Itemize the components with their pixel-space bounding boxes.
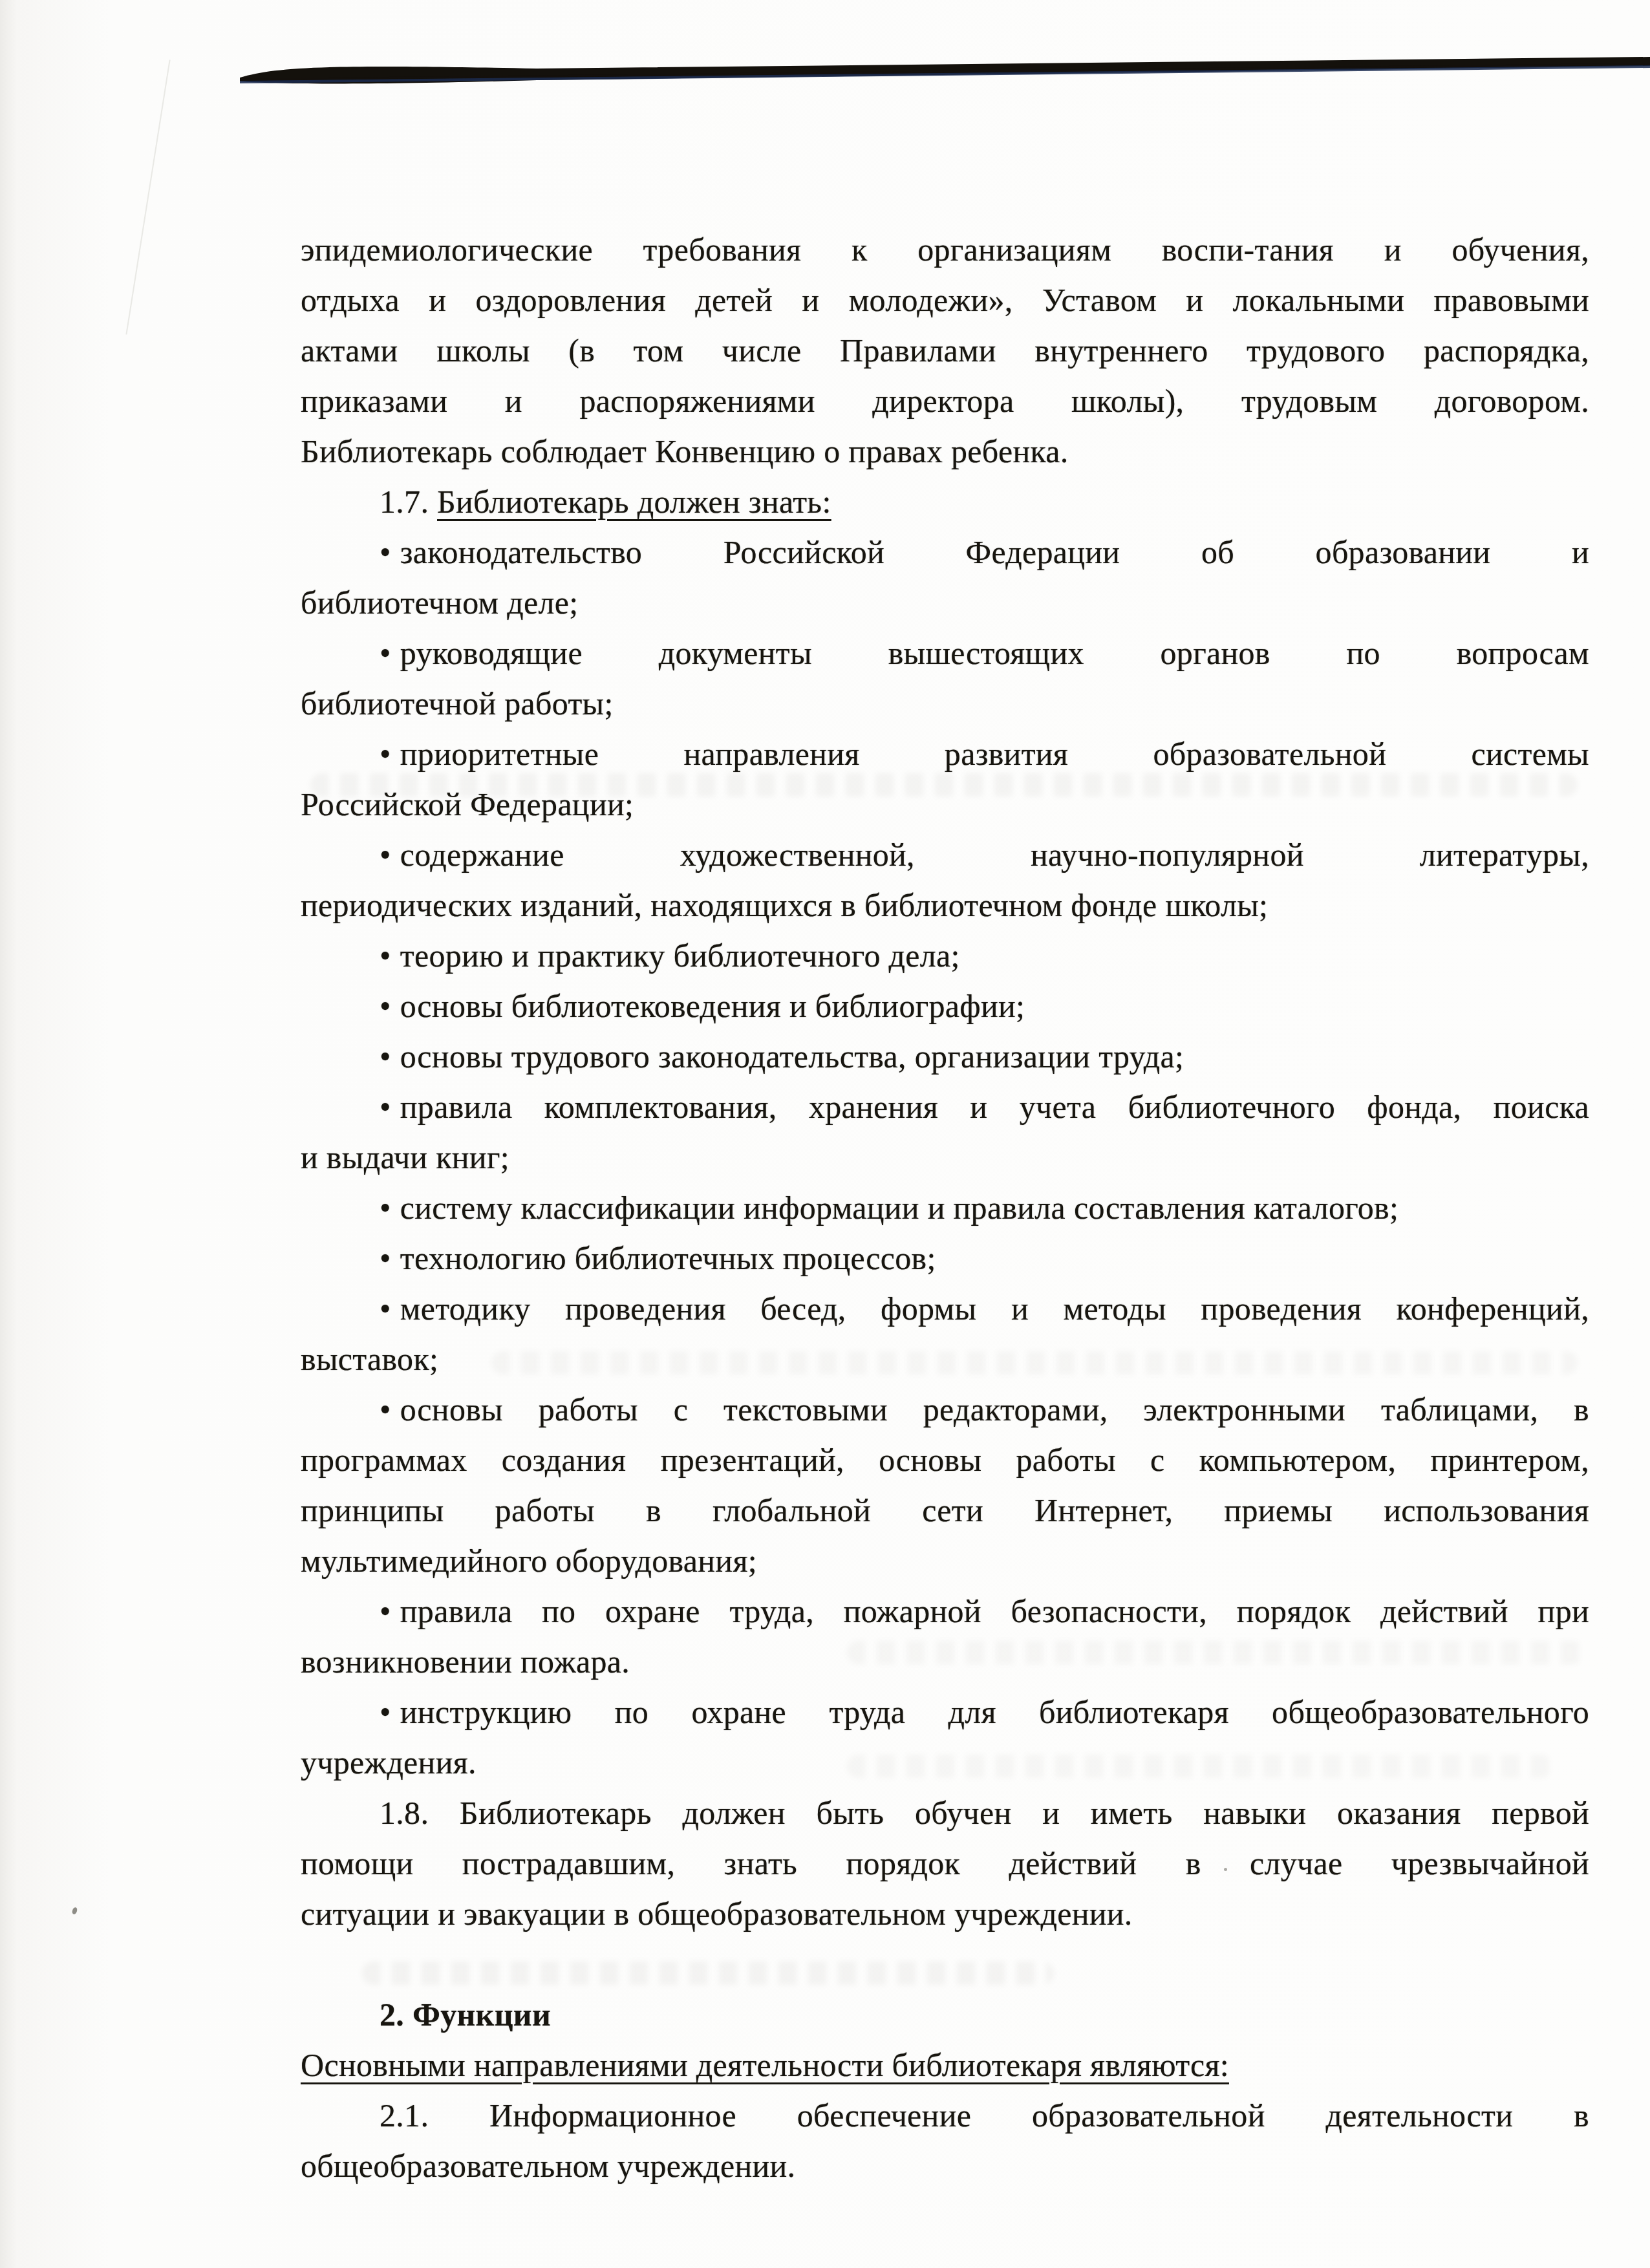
text-line: •технологию библиотечных процессов; bbox=[301, 1233, 1589, 1283]
text-segment: Основными направлениями деятельности биб… bbox=[301, 2047, 1229, 2083]
bullet-marker: • bbox=[380, 1593, 391, 1629]
text-line: принципы работы в глобальной сети Интерн… bbox=[301, 1485, 1589, 1535]
text-line: отдыха и оздоровления детей и молодежи»,… bbox=[301, 275, 1589, 325]
text-line: •основы работы с текстовыми редакторами,… bbox=[301, 1384, 1589, 1435]
bullet-marker: • bbox=[380, 1694, 391, 1730]
text-segment: Библиотекарь должен знать: bbox=[437, 484, 831, 520]
text-segment: руководящие документы вышестоящих органо… bbox=[400, 635, 1589, 671]
text-line: периодических изданий, находящихся в биб… bbox=[301, 880, 1589, 930]
text-segment: Российской Федерации; bbox=[301, 786, 634, 822]
bullet-marker: • bbox=[380, 1089, 391, 1125]
text-line: 2. Функции bbox=[301, 1989, 1589, 2040]
scan-artifact-top-bar bbox=[0, 0, 1650, 142]
bullet-marker: • bbox=[380, 1038, 391, 1075]
text-line: мультимедийного оборудования; bbox=[301, 1535, 1589, 1586]
text-segment: возникновении пожара. bbox=[301, 1643, 630, 1680]
bullet-marker: • bbox=[380, 1240, 391, 1276]
text-segment: правила комплектования, хранения и учета… bbox=[400, 1089, 1589, 1125]
text-line: •законодательство Российской Федерации о… bbox=[301, 527, 1589, 577]
text-segment: 2.1. Информационное обеспечение образова… bbox=[380, 2097, 1589, 2134]
text-segment: законодательство Российской Федерации об… bbox=[400, 534, 1589, 570]
text-segment: библиотечном деле; bbox=[301, 584, 578, 621]
text-line: библиотечном деле; bbox=[301, 577, 1589, 628]
text-line: •руководящие документы вышестоящих орган… bbox=[301, 628, 1589, 678]
text-segment: принципы работы в глобальной сети Интерн… bbox=[301, 1492, 1589, 1528]
text-segment: эпидемиологические требования к организа… bbox=[301, 231, 1589, 268]
text-segment: программах создания презентаций, основы … bbox=[301, 1442, 1589, 1478]
text-line: помощи пострадавшим, знать порядок дейст… bbox=[301, 1838, 1589, 1888]
text-line: •правила по охране труда, пожарной безоп… bbox=[301, 1586, 1589, 1636]
text-line: эпидемиологические требования к организа… bbox=[301, 224, 1589, 275]
text-line: общеобразовательном учреждении. bbox=[301, 2141, 1589, 2191]
text-line: Библиотекарь соблюдает Конвенцию о права… bbox=[301, 426, 1589, 476]
bullet-marker: • bbox=[380, 635, 391, 671]
text-line: учреждения. bbox=[301, 1737, 1589, 1788]
text-segment: 1.8. Библиотекарь должен быть обучен и и… bbox=[380, 1795, 1589, 1831]
text-line: •основы библиотековедения и библиографии… bbox=[301, 981, 1589, 1031]
bullet-marker: • bbox=[380, 1190, 391, 1226]
text-line: Российской Федерации; bbox=[301, 779, 1589, 829]
text-segment: инструкцию по охране труда для библиотек… bbox=[400, 1694, 1589, 1730]
text-segment: и выдачи книг; bbox=[301, 1139, 509, 1175]
text-line: Основными направлениями деятельности биб… bbox=[301, 2040, 1589, 2090]
text-line: •теорию и практику библиотечного дела; bbox=[301, 930, 1589, 981]
text-line: 1.8. Библиотекарь должен быть обучен и и… bbox=[301, 1788, 1589, 1838]
text-segment: Библиотекарь соблюдает Конвенцию о права… bbox=[301, 433, 1069, 469]
text-segment: приказами и распоряжениями директора шко… bbox=[301, 383, 1589, 419]
text-segment: технологию библиотечных процессов; bbox=[400, 1240, 936, 1276]
text-segment: основы библиотековедения и библиографии; bbox=[400, 988, 1025, 1024]
text-line: •правила комплектования, хранения и учет… bbox=[301, 1082, 1589, 1132]
bullet-marker: • bbox=[380, 937, 391, 974]
text-line: библиотечной работы; bbox=[301, 678, 1589, 729]
text-line: •содержание художественной, научно-попул… bbox=[301, 829, 1589, 880]
document-text: эпидемиологические требования к организа… bbox=[301, 224, 1589, 2191]
text-segment: приоритетные направления развития образо… bbox=[400, 736, 1589, 772]
text-line: актами школы (в том числе Правилами внут… bbox=[301, 325, 1589, 376]
text-segment: теорию и практику библиотечного дела; bbox=[400, 937, 960, 974]
text-segment: 1.7. bbox=[380, 484, 437, 520]
text-segment: выставок; bbox=[301, 1341, 438, 1377]
bullet-marker: • bbox=[380, 837, 391, 873]
text-segment: помощи пострадавшим, знать порядок дейст… bbox=[301, 1845, 1589, 1881]
text-segment: актами школы (в том числе Правилами внут… bbox=[301, 332, 1589, 369]
bullet-marker: • bbox=[380, 988, 391, 1024]
blank-line bbox=[301, 1939, 1589, 1989]
text-line: программах создания презентаций, основы … bbox=[301, 1435, 1589, 1485]
text-line: •систему классификации информации и прав… bbox=[301, 1182, 1589, 1233]
text-segment: основы трудового законодательства, орган… bbox=[400, 1038, 1184, 1075]
text-line: •инструкцию по охране труда для библиоте… bbox=[301, 1687, 1589, 1737]
bullet-marker: • bbox=[380, 736, 391, 772]
scanned-page: эпидемиологические требования к организа… bbox=[0, 0, 1650, 2268]
text-segment: содержание художественной, научно-популя… bbox=[400, 837, 1589, 873]
text-segment: периодических изданий, находящихся в биб… bbox=[301, 887, 1268, 923]
text-segment: систему классификации информации и прави… bbox=[400, 1190, 1398, 1226]
text-segment: общеобразовательном учреждении. bbox=[301, 2148, 795, 2184]
text-segment: ситуации и эвакуации в общеобразовательн… bbox=[301, 1896, 1133, 1932]
text-segment: мультимедийного оборудования; bbox=[301, 1543, 757, 1579]
text-line: приказами и распоряжениями директора шко… bbox=[301, 376, 1589, 426]
scan-speck bbox=[71, 1907, 78, 1915]
text-segment: отдыха и оздоровления детей и молодежи»,… bbox=[301, 282, 1589, 318]
text-segment: основы работы с текстовыми редакторами, … bbox=[400, 1391, 1589, 1428]
text-line: •основы трудового законодательства, орга… bbox=[301, 1031, 1589, 1082]
bullet-marker: • bbox=[380, 534, 391, 570]
text-segment: правила по охране труда, пожарной безопа… bbox=[400, 1593, 1589, 1629]
text-segment: библиотечной работы; bbox=[301, 685, 614, 722]
bullet-marker: • bbox=[380, 1391, 391, 1428]
text-segment: 2. Функции bbox=[380, 1996, 551, 2033]
text-segment: методику проведения бесед, формы и метод… bbox=[400, 1290, 1589, 1327]
bullet-marker: • bbox=[380, 1290, 391, 1327]
text-line: ситуации и эвакуации в общеобразовательн… bbox=[301, 1888, 1589, 1939]
text-line: 2.1. Информационное обеспечение образова… bbox=[301, 2090, 1589, 2141]
text-line: возникновении пожара. bbox=[301, 1636, 1589, 1687]
text-segment: учреждения. bbox=[301, 1744, 477, 1781]
text-line: •приоритетные направления развития образ… bbox=[301, 729, 1589, 779]
text-line: и выдачи книг; bbox=[301, 1132, 1589, 1182]
text-line: •методику проведения бесед, формы и мето… bbox=[301, 1283, 1589, 1334]
text-line: выставок; bbox=[301, 1334, 1589, 1384]
text-line: 1.7. Библиотекарь должен знать: bbox=[301, 476, 1589, 527]
